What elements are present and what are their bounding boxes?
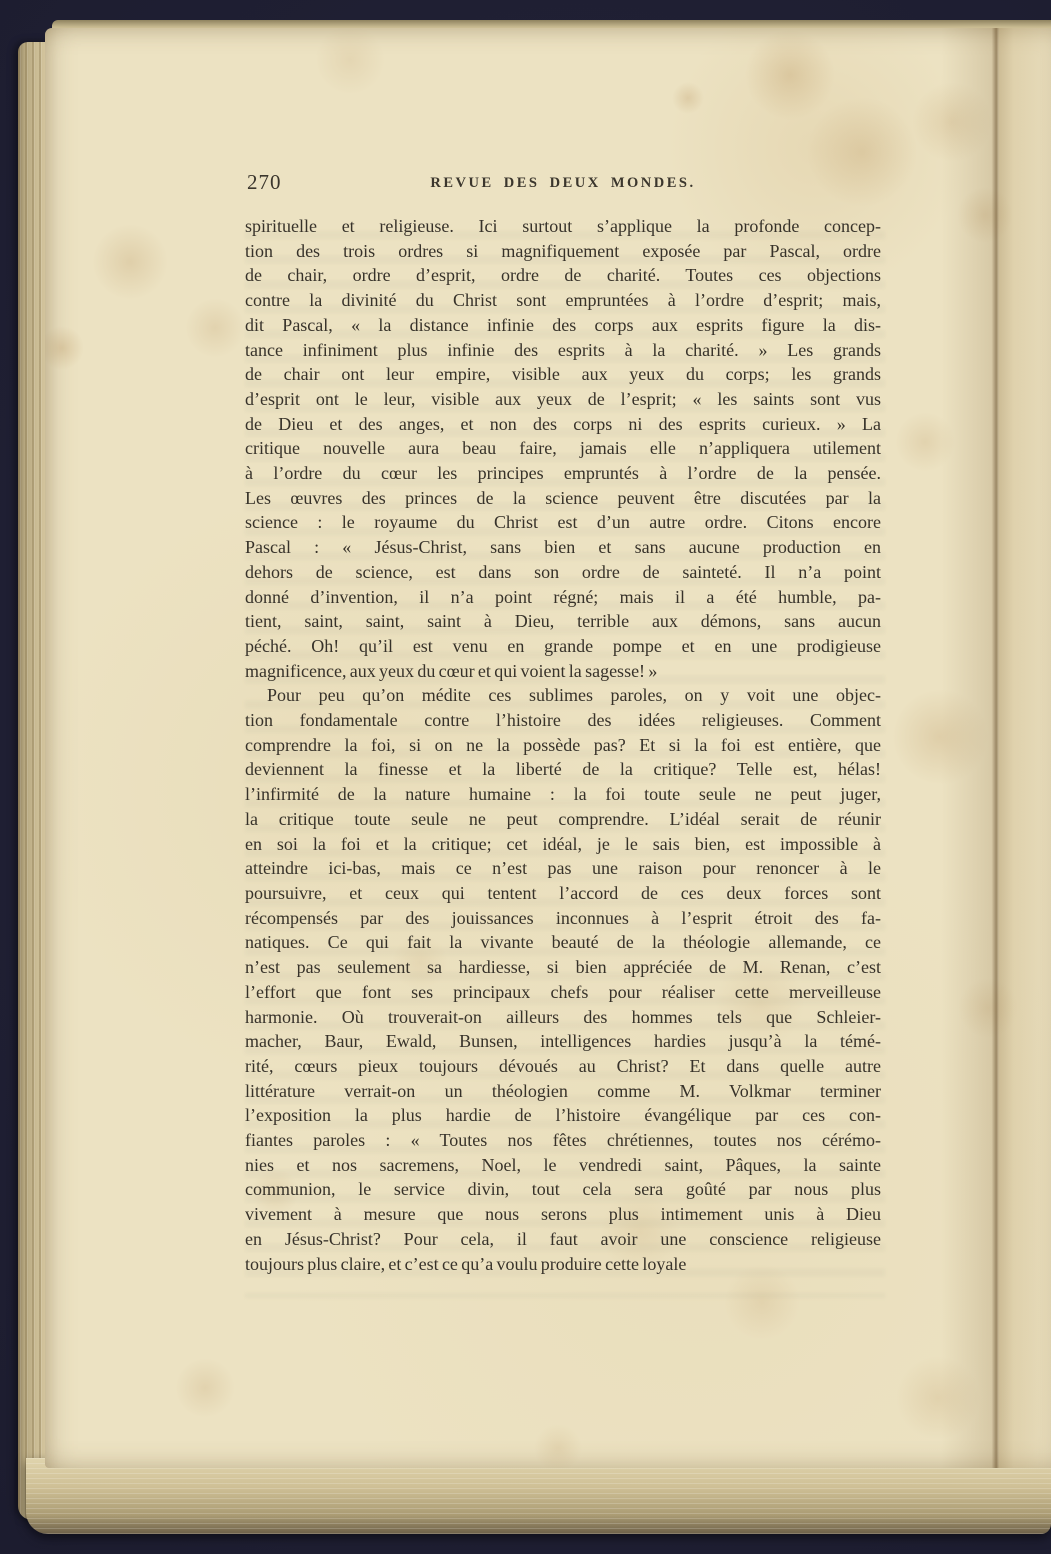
text-line: tance infiniment plus infinie des esprit… — [245, 338, 881, 363]
text-line: récompensés par des jouissances inconnue… — [245, 906, 881, 931]
text-line: en Jésus-Christ? Pour cela, il faut avoi… — [245, 1227, 881, 1252]
text-line: Pascal : « Jésus-Christ, sans bien et sa… — [245, 535, 881, 560]
page-edge-stack-bottom — [26, 1458, 1051, 1534]
text-line: contre la divinité du Christ sont emprun… — [245, 288, 881, 313]
text-line: comprendre la foi, si on ne la possède p… — [245, 733, 881, 758]
gutter-crease — [941, 28, 1051, 1468]
text-line: vivement à mesure que nous serons plus i… — [245, 1202, 881, 1227]
text-line: toujours plus claire, et c’est ce qu’a v… — [245, 1252, 881, 1277]
text-line: natiques. Ce qui fait la vivante beauté … — [245, 930, 881, 955]
text-line: péché. Oh! qu’il est venu en grande pomp… — [245, 634, 881, 659]
text-line: en soi la foi et la critique; cet idéal,… — [245, 832, 881, 857]
text-line: tion fondamentale contre l’histoire des … — [245, 708, 881, 733]
text-line: n’est pas seulement sa hardiesse, si bie… — [245, 955, 881, 980]
text-line: science : le royaume du Christ est d’un … — [245, 510, 881, 535]
text-line: fiantes paroles : « Toutes nos fêtes chr… — [245, 1128, 881, 1153]
journal-title: REVUE DES DEUX MONDES. — [245, 175, 881, 192]
text-line: magnificence, aux yeux du cœur et qui vo… — [245, 659, 881, 684]
text-line: de chair, ordre d’esprit, ordre de chari… — [245, 263, 881, 288]
text-line: dehors de science, est dans son ordre de… — [245, 560, 881, 585]
text-line: de Dieu et des anges, et non des corps n… — [245, 412, 881, 437]
page-header: 270 REVUE DES DEUX MONDES. — [245, 170, 881, 198]
text-line: communion, le service divin, tout cela s… — [245, 1177, 881, 1202]
text-line: dit Pascal, « la distance infinie des co… — [245, 313, 881, 338]
text-line: donné d’invention, il n’a point régné; m… — [245, 585, 881, 610]
text-line: d’esprit ont le leur, visible aux yeux d… — [245, 387, 881, 412]
text-line: de chair ont leur empire, visible aux ye… — [245, 362, 881, 387]
text-line: poursuivre, et ceux qui tentent l’accord… — [245, 881, 881, 906]
text-line: harmonie. Où trouverait-on ailleurs des … — [245, 1005, 881, 1030]
book-page: 270 REVUE DES DEUX MONDES. spirituelle e… — [45, 28, 1051, 1468]
text-line: atteindre ici-bas, mais ce n’est pas une… — [245, 856, 881, 881]
book-scan: 270 REVUE DES DEUX MONDES. spirituelle e… — [0, 0, 1051, 1554]
text-line: à l’ordre du cœur les principes emprunté… — [245, 461, 881, 486]
text-line: tion des trois ordres si magnifiquement … — [245, 239, 881, 264]
text-line: deviennent la finesse et la liberté de l… — [245, 757, 881, 782]
body-text: spirituelle et religieuse. Ici surtout s… — [245, 214, 881, 1276]
text-line: littérature verrait-on un théologien com… — [245, 1079, 881, 1104]
text-line: l’exposition la plus hardie de l’histoir… — [245, 1103, 881, 1128]
paragraph-second: Pour peu qu’on médite ces sublimes parol… — [245, 683, 881, 1276]
facing-page-sliver — [999, 28, 1051, 1468]
text-line: la critique toute seule ne peut comprend… — [245, 807, 881, 832]
text-line: nies et nos sacremens, Noel, le vendredi… — [245, 1153, 881, 1178]
text-line: macher, Baur, Ewald, Bunsen, intelligenc… — [245, 1029, 881, 1054]
paragraph-continuation: spirituelle et religieuse. Ici surtout s… — [245, 214, 881, 683]
text-line: critique nouvelle aura beau faire, jamai… — [245, 436, 881, 461]
text-line: Pour peu qu’on médite ces sublimes parol… — [245, 683, 881, 708]
text-line: spirituelle et religieuse. Ici surtout s… — [245, 214, 881, 239]
text-line: l’effort que font ses principaux chefs p… — [245, 980, 881, 1005]
text-line: tient, saint, saint, saint à Dieu, terri… — [245, 609, 881, 634]
text-line: rité, cœurs pieux toujours dévoués au Ch… — [245, 1054, 881, 1079]
text-line: l’infirmité de la nature humaine : la fo… — [245, 782, 881, 807]
text-line: Les œuvres des princes de la science peu… — [245, 486, 881, 511]
